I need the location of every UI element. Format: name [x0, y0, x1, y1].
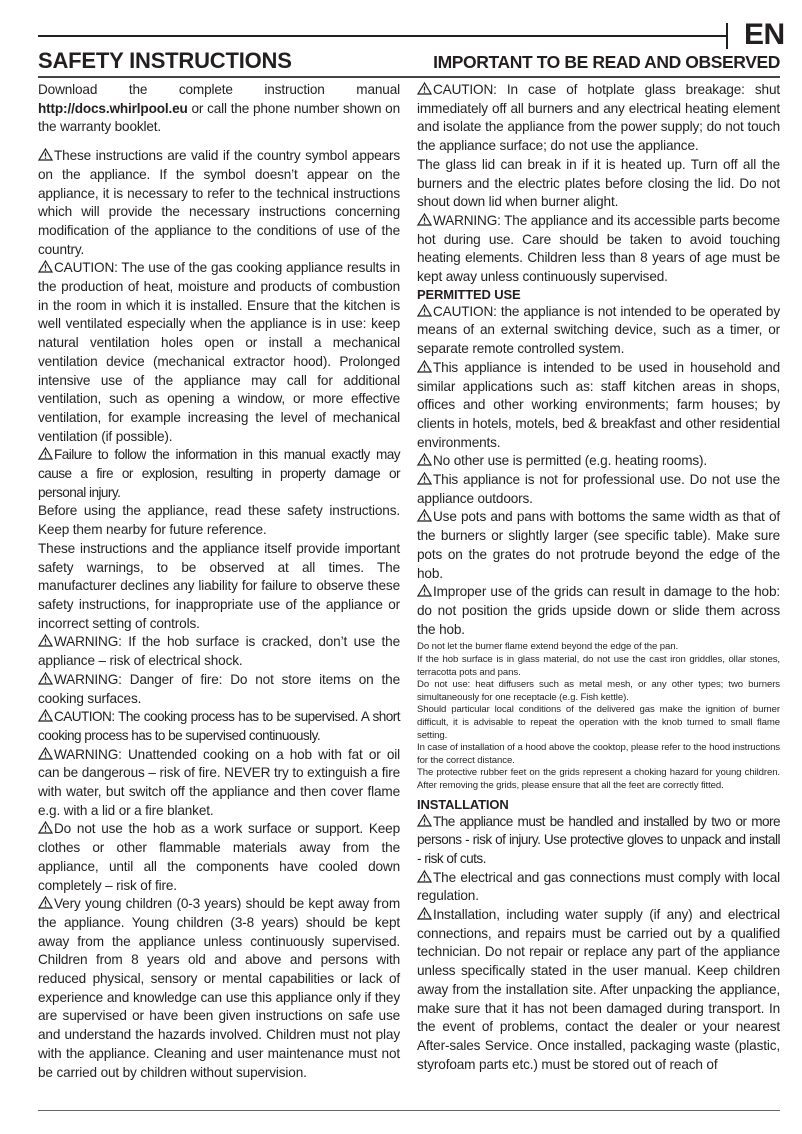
header-top-rule [38, 35, 727, 37]
paragraph-two-persons: The appliance must be handled and instal… [417, 813, 780, 869]
paragraph-fire-warning: WARNING: Danger of fire: Do not store it… [38, 671, 400, 708]
paragraph-text: The appliance must be handled and instal… [417, 814, 780, 866]
section-heading-installation: INSTALLATION [417, 797, 780, 813]
paragraph-cracked-warning: WARNING: If the hob surface is cracked, … [38, 633, 400, 670]
paragraph-text: CAUTION: In case of hotplate glass break… [417, 82, 780, 153]
paragraph-supervised-caution: CAUTION: The cooking process has to be s… [38, 708, 400, 745]
warning-triangle-icon [38, 672, 53, 685]
paragraph-failure-warning: Failure to follow the information in thi… [38, 446, 400, 502]
paragraph-glass-lid: The glass lid can break in if it is heat… [417, 156, 780, 212]
small-print-item: Do not use: heat diffusers such as metal… [417, 679, 780, 704]
intro-paragraph: Download the complete instruction manual… [38, 81, 400, 137]
paragraph-text: These instructions and the appliance its… [38, 541, 400, 631]
warning-triangle-icon [417, 584, 432, 597]
warning-triangle-icon [38, 634, 53, 647]
paragraph-text: This appliance is not for professional u… [417, 472, 780, 506]
paragraph-text: Installation, including water supply (if… [417, 907, 780, 1072]
paragraph-text: Failure to follow the information in thi… [38, 447, 400, 499]
paragraph-work-surface: Do not use the hob as a work surface or … [38, 820, 400, 895]
paragraph-qualified-technician: Installation, including water supply (if… [417, 906, 780, 1074]
paragraph-gas-caution: CAUTION: The use of the gas cooking appl… [38, 259, 400, 446]
paragraph-text: WARNING: If the hob surface is cracked, … [38, 634, 400, 668]
warning-triangle-icon [417, 907, 432, 920]
paragraph-text: WARNING: Unattended cooking on a hob wit… [38, 747, 400, 818]
warning-triangle-icon [38, 747, 53, 760]
header-tick [726, 23, 728, 49]
paragraph-text: The electrical and gas connections must … [417, 870, 780, 904]
warning-triangle-icon [417, 453, 432, 466]
language-code: EN [744, 18, 785, 52]
small-print-item: If the hob surface is in glass material,… [417, 654, 780, 679]
paragraph-unattended-warning: WARNING: Unattended cooking on a hob wit… [38, 746, 400, 821]
small-print-item: In case of installation of a hood above … [417, 742, 780, 767]
page-title: SAFETY INSTRUCTIONS [38, 47, 292, 75]
small-print-item: Do not let the burner flame extend beyon… [417, 641, 780, 654]
small-print-notes: Do not let the burner flame extend beyon… [417, 641, 780, 792]
paragraph-no-other-use: No other use is permitted (e.g. heating … [417, 452, 780, 471]
warning-triangle-icon [38, 709, 53, 722]
paragraph-text: Use pots and pans with bottoms the same … [417, 509, 780, 580]
paragraph-text: Very young children (0-3 years) should b… [38, 896, 400, 1079]
paragraph-external-switch: CAUTION: the appliance is not intended t… [417, 303, 780, 359]
warning-triangle-icon [417, 213, 432, 226]
section-heading-permitted-use: PERMITTED USE [417, 287, 780, 303]
warning-triangle-icon [417, 509, 432, 522]
paragraph-hot-parts: WARNING: The appliance and its accessibl… [417, 212, 780, 287]
warning-triangle-icon [417, 472, 432, 485]
paragraph-text: Do not use the hob as a work surface or … [38, 821, 400, 892]
paragraph-before-using: Before using the appliance, read these s… [38, 502, 400, 539]
paragraph-pots-pans: Use pots and pans with bottoms the same … [417, 508, 780, 583]
warning-triangle-icon [38, 148, 53, 161]
right-column: CAUTION: In case of hotplate glass break… [417, 81, 780, 1074]
small-print-item: Should particular local conditions of th… [417, 704, 780, 742]
paragraph-text: This appliance is intended to be used in… [417, 360, 780, 450]
paragraph-text: The glass lid can break in if it is heat… [417, 157, 780, 209]
paragraph-not-professional: This appliance is not for professional u… [417, 471, 780, 508]
paragraph-text: Before using the appliance, read these s… [38, 503, 400, 537]
warning-triangle-icon [38, 260, 53, 273]
paragraph-text: No other use is permitted (e.g. heating … [433, 453, 707, 468]
heading-underline [38, 76, 780, 78]
warning-triangle-icon [38, 821, 53, 834]
small-print-item: The protective rubber feet on the grids … [417, 767, 780, 792]
paragraph-text: These instructions are valid if the coun… [38, 148, 400, 257]
warning-triangle-icon [38, 447, 53, 460]
warning-triangle-icon [417, 814, 432, 827]
paragraph-text: WARNING: The appliance and its accessibl… [417, 213, 780, 284]
warning-triangle-icon [38, 896, 53, 909]
paragraph-country-symbol: These instructions are valid if the coun… [38, 147, 400, 259]
left-column: Download the complete instruction manual… [38, 81, 400, 1082]
paragraph-text: CAUTION: the appliance is not intended t… [417, 304, 780, 356]
paragraph-text: WARNING: Danger of fire: Do not store it… [38, 672, 400, 706]
intro-text: Download the complete instruction manual [38, 82, 400, 97]
manual-link[interactable]: http://docs.whirlpool.eu [38, 101, 188, 116]
paragraph-connections: The electrical and gas connections must … [417, 869, 780, 906]
warning-triangle-icon [417, 304, 432, 317]
paragraph-manufacturer: These instructions and the appliance its… [38, 540, 400, 634]
paragraph-grids: Improper use of the grids can result in … [417, 583, 780, 639]
paragraph-text: Improper use of the grids can result in … [417, 584, 780, 636]
paragraph-glass-breakage: CAUTION: In case of hotplate glass break… [417, 81, 780, 156]
paragraph-text: CAUTION: The cooking process has to be s… [38, 709, 400, 743]
paragraph-text: CAUTION: The use of the gas cooking appl… [38, 260, 400, 443]
warning-triangle-icon [417, 82, 432, 95]
warning-triangle-icon [417, 360, 432, 373]
paragraph-household-use: This appliance is intended to be used in… [417, 359, 780, 453]
paragraph-children: Very young children (0-3 years) should b… [38, 895, 400, 1082]
footer-rule [38, 1110, 780, 1111]
warning-triangle-icon [417, 870, 432, 883]
page-subtitle: IMPORTANT TO BE READ AND OBSERVED [433, 51, 780, 73]
